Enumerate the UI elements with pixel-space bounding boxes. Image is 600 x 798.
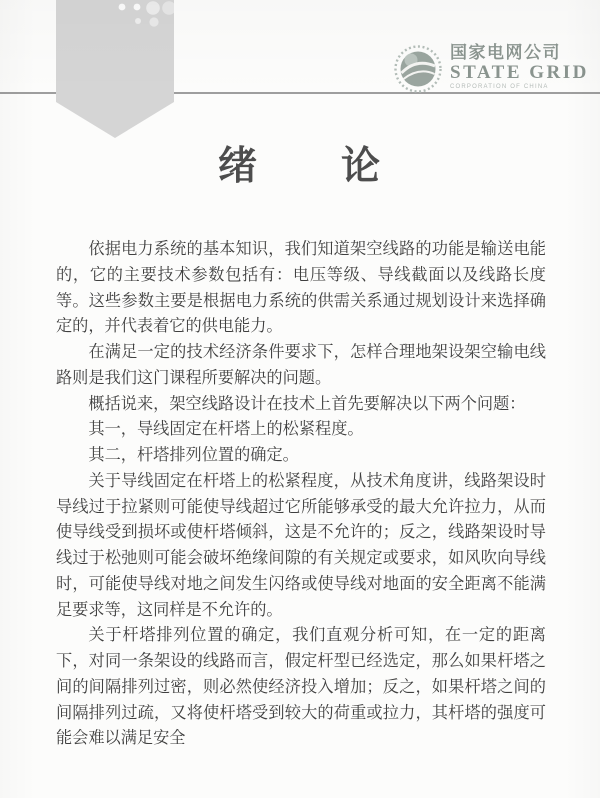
paragraph: 依据电力系统的基本知识，我们知道架空线路的功能是输送电能的，它的主要技术参数包括… xyxy=(56,237,546,340)
paragraph: 概括说来，架空线路设计在技术上首先要解决以下两个问题： xyxy=(56,392,546,418)
paragraph: 其二，杆塔排列位置的确定。 xyxy=(56,443,546,469)
page-title: 绪 论 xyxy=(0,146,600,189)
logo-company-name-en: STATE GRID xyxy=(450,63,589,82)
logo-company-name-cn: 国家电网公司 xyxy=(450,44,589,61)
paragraph: 关于杆塔排列位置的确定，我们直观分析可知，在一定的距离下，对同一条架设的线路而言… xyxy=(56,623,546,752)
paragraph: 其一，导线固定在杆塔上的松紧程度。 xyxy=(56,417,546,443)
paragraph: 在满足一定的技术经济条件要求下，怎样合理地架设架空输电线路则是我们这门课程所要解… xyxy=(56,340,546,392)
body-text-block: 依据电力系统的基本知识，我们知道架空线路的功能是输送电能的，它的主要技术参数包括… xyxy=(56,237,546,752)
state-grid-logo: 国家电网公司 STATE GRID CORPORATION OF CHINA xyxy=(394,44,589,93)
paragraph: 关于导线固定在杆塔上的松紧程度，从技术角度讲，线路架设时导线过于拉紧则可能使导线… xyxy=(56,469,546,624)
state-grid-globe-icon xyxy=(394,45,442,93)
scanned-book-page: 国家电网公司 STATE GRID CORPORATION OF CHINA 绪… xyxy=(0,0,600,798)
bookmark-ribbon xyxy=(0,0,200,145)
logo-company-subtitle: CORPORATION OF CHINA xyxy=(450,84,589,90)
